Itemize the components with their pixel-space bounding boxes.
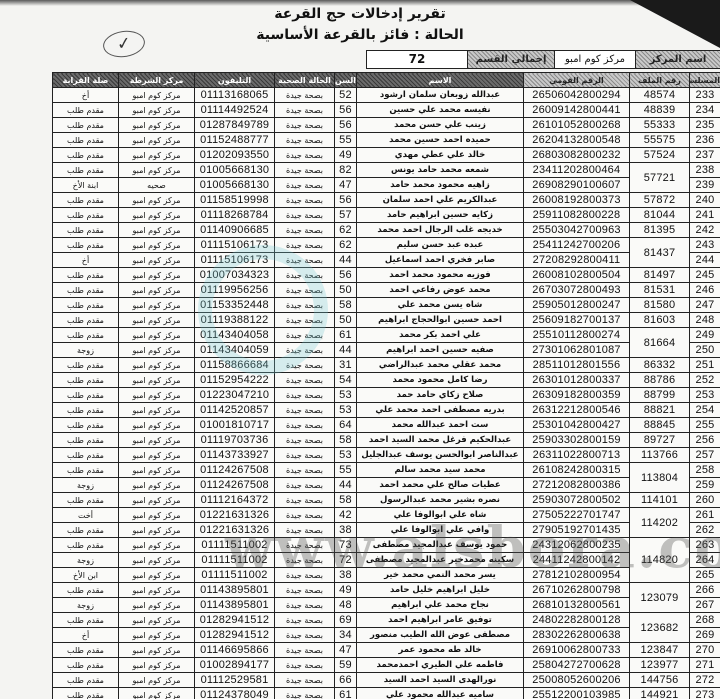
cell-police-center: مركز كوم امبو xyxy=(119,103,195,118)
cell-file-number: 48574 xyxy=(630,88,690,103)
cell-police-center: مركز كوم امبو xyxy=(119,673,195,688)
cell-file-number: 114820 xyxy=(630,538,690,583)
cell-relation: مقدم طلب xyxy=(53,328,119,343)
cell-police-center: مركز كوم امبو xyxy=(119,193,195,208)
cell-age: 56 xyxy=(335,193,357,208)
table-row: 2405787226008192800373عبدالكريم علي احمد… xyxy=(53,193,720,208)
cell-seq: 244 xyxy=(690,253,720,268)
cell-name: عطيات صالح علي محمد احمد xyxy=(357,478,524,493)
cell-phone: 01142520857 xyxy=(195,403,275,418)
cell-relation: مقدم طلب xyxy=(53,193,119,208)
cell-relation: أخ xyxy=(53,628,119,643)
cell-name: علي احمد بكر محمد xyxy=(357,328,524,343)
table-row: 2438143725411242700206عبده عبد حسن سليم6… xyxy=(53,238,720,253)
report-title: تقرير إدخالات حج القرعة xyxy=(200,6,520,22)
cell-relation: مقدم طلب xyxy=(53,148,119,163)
cell-national-id: 26108242800315 xyxy=(524,463,630,478)
cell-relation: زوجة xyxy=(53,343,119,358)
cell-police-center: صحيه xyxy=(119,178,195,193)
center-value: مركز كوم امبو xyxy=(555,51,636,68)
cell-health: بصحة جيدة xyxy=(275,163,335,178)
cell-seq: 254 xyxy=(690,403,720,418)
info-bar: 72 إجمالي القسم مركز كوم امبو اسم المركز xyxy=(366,50,720,69)
cell-age: 44 xyxy=(335,478,357,493)
cell-health: بصحة جيدة xyxy=(275,628,335,643)
cell-phone: 01005668130 xyxy=(195,163,275,178)
table-row: 26928302262800638مصطفى عوض الله الطيب من… xyxy=(53,628,720,643)
table-body: 2334857426506042800294عبدالله زوبعان سلم… xyxy=(53,88,720,699)
cell-file-number: 81437 xyxy=(630,238,690,268)
cell-file-number: 88821 xyxy=(630,403,690,418)
cell-relation: مقدم طلب xyxy=(53,538,119,553)
cell-seq: 251 xyxy=(690,358,720,373)
total-label: إجمالي القسم xyxy=(468,51,555,68)
table-row: 2478158025905012800247شاه يسن محمد علي58… xyxy=(53,298,720,313)
cell-age: 55 xyxy=(335,463,357,478)
cell-file-number: 144921 xyxy=(630,688,690,699)
cell-police-center: مركز كوم امبو xyxy=(119,358,195,373)
table-row: 26111420227505222701747شاه علي ابوالوفا … xyxy=(53,508,720,523)
cell-name: عبدالكريم علي احمد سلمان xyxy=(357,193,524,208)
table-row: 26612307926710262800798خليل ابراهيم خليل… xyxy=(53,583,720,598)
cell-health: بصحة جيدة xyxy=(275,88,335,103)
cell-age: 69 xyxy=(335,613,357,628)
cell-file-number: 57721 xyxy=(630,163,690,193)
cell-age: 58 xyxy=(335,493,357,508)
cell-file-number: 81531 xyxy=(630,283,690,298)
cell-seq: 266 xyxy=(690,583,720,598)
cell-phone: 01112529581 xyxy=(195,673,275,688)
cell-police-center: مركز كوم امبو xyxy=(119,313,195,328)
cell-relation: مقدم طلب xyxy=(53,163,119,178)
cell-file-number: 81580 xyxy=(630,298,690,313)
cell-police-center: مركز كوم امبو xyxy=(119,508,195,523)
cell-file-number: 86332 xyxy=(630,358,690,373)
cell-relation: ابنة الأخ xyxy=(53,178,119,193)
cell-police-center: مركز كوم امبو xyxy=(119,688,195,699)
cell-health: بصحة جيدة xyxy=(275,103,335,118)
cell-national-id: 26803082800232 xyxy=(524,148,630,163)
table-row: 2568972725903302800159عبدالحكيم فرغل محم… xyxy=(53,433,720,448)
cell-age: 73 xyxy=(335,538,357,553)
cell-name: حميده احمد حسين محمد xyxy=(357,133,524,148)
cell-health: بصحة جيدة xyxy=(275,283,335,298)
cell-police-center: مركز كوم امبو xyxy=(119,613,195,628)
cell-police-center: مركز كوم امبو xyxy=(119,493,195,508)
cell-file-number: 55333 xyxy=(630,118,690,133)
cell-age: 53 xyxy=(335,388,357,403)
cell-age: 31 xyxy=(335,358,357,373)
col-header-file: رقم الملف xyxy=(630,73,690,88)
cell-phone: 01111511002 xyxy=(195,553,275,568)
cell-police-center: مركز كوم امبو xyxy=(119,523,195,538)
cell-seq: 252 xyxy=(690,373,720,388)
cell-relation: مقدم طلب xyxy=(53,298,119,313)
cell-health: بصحة جيدة xyxy=(275,208,335,223)
cell-phone: 01119956256 xyxy=(195,283,275,298)
cell-relation: مقدم طلب xyxy=(53,613,119,628)
col-header-seq: المسلسل xyxy=(690,73,720,88)
cell-health: بصحة جيدة xyxy=(275,478,335,493)
cell-health: بصحة جيدة xyxy=(275,613,335,628)
table-row: 2488160325609182700137احمد حسين ابوالحجا… xyxy=(53,313,720,328)
cell-national-id: 27905192701435 xyxy=(524,523,630,538)
cell-name: فوزيه محمود محمد احمد xyxy=(357,268,524,283)
table-row: 23926908290100607زاهيه محمود محمد حامد47… xyxy=(53,178,720,193)
cell-national-id: 25301042800427 xyxy=(524,418,630,433)
cell-age: 44 xyxy=(335,343,357,358)
cell-phone: 01118268784 xyxy=(195,208,275,223)
cell-police-center: مركز كوم امبو xyxy=(119,133,195,148)
cell-relation: مقدم طلب xyxy=(53,283,119,298)
cell-health: بصحة جيدة xyxy=(275,238,335,253)
table-row: 2528878626301012800337رضا كامل محمود محم… xyxy=(53,373,720,388)
table-row: 2428139525503042700963خديجه غلب الرجال ا… xyxy=(53,223,720,238)
cell-age: 59 xyxy=(335,658,357,673)
cell-phone: 01112164372 xyxy=(195,493,275,508)
cell-relation: مقدم طلب xyxy=(53,583,119,598)
table-row: 2538879926309182800359صلاح زكاي حامد حمد… xyxy=(53,388,720,403)
cell-health: بصحة جيدة xyxy=(275,418,335,433)
cell-police-center: مركز كوم امبو xyxy=(119,658,195,673)
cell-seq: 256 xyxy=(690,433,720,448)
cell-health: بصحة جيدة xyxy=(275,358,335,373)
cell-file-number: 81395 xyxy=(630,223,690,238)
table-row: 26812368224802282800128توفيق عامر ابراهي… xyxy=(53,613,720,628)
cell-national-id: 25903302800159 xyxy=(524,433,630,448)
cell-health: بصحة جيدة xyxy=(275,343,335,358)
col-header-age: السن xyxy=(335,73,357,88)
cell-national-id: 27505222701747 xyxy=(524,508,630,523)
cell-police-center: مركز كوم امبو xyxy=(119,238,195,253)
cell-name: توفيق عامر ابراهيم احمد xyxy=(357,613,524,628)
total-value: 72 xyxy=(367,51,468,68)
cell-name: نصره بشير محمد عبدالرسول xyxy=(357,493,524,508)
table-row: 2558884525301042800427ست احمد عبدالله مح… xyxy=(53,418,720,433)
cell-name: نفيسه محمد علي حسين xyxy=(357,103,524,118)
cell-age: 56 xyxy=(335,268,357,283)
cell-file-number: 48839 xyxy=(630,103,690,118)
cell-phone: 01001810717 xyxy=(195,418,275,433)
cell-seq: 234 xyxy=(690,103,720,118)
cell-relation: مقدم طلب xyxy=(53,523,119,538)
cell-police-center: مركز كوم امبو xyxy=(119,328,195,343)
table-row: 2458149726008102800504فوزيه محمود محمد ا… xyxy=(53,268,720,283)
cell-seq: 260 xyxy=(690,493,720,508)
col-header-health: الحالة الصحية xyxy=(275,73,335,88)
cell-file-number: 113804 xyxy=(630,463,690,493)
cell-name: شمعه محمد حامد يونس xyxy=(357,163,524,178)
cell-phone: 01007034323 xyxy=(195,268,275,283)
cell-name: محمد عوض رفاعي احمد xyxy=(357,283,524,298)
cell-seq: 267 xyxy=(690,598,720,613)
cell-age: 53 xyxy=(335,448,357,463)
cell-file-number: 81664 xyxy=(630,328,690,358)
col-header-phone: التليفون xyxy=(195,73,275,88)
cell-police-center: مركز كوم امبو xyxy=(119,163,195,178)
cell-seq: 242 xyxy=(690,223,720,238)
cell-police-center: مركز كوم امبو xyxy=(119,208,195,223)
cell-relation: مقدم طلب xyxy=(53,433,119,448)
cell-police-center: مركز كوم امبو xyxy=(119,448,195,463)
table-row: 27012384726910062800733خالد طه محمود عمر… xyxy=(53,643,720,658)
cell-police-center: مركز كوم امبو xyxy=(119,553,195,568)
cell-relation: أخ xyxy=(53,253,119,268)
col-header-name: الاسم xyxy=(357,73,524,88)
cell-police-center: مركز كوم امبو xyxy=(119,388,195,403)
cell-name: خديجه غلب الرجال احمد محمد xyxy=(357,223,524,238)
cell-national-id: 26506042800294 xyxy=(524,88,630,103)
cell-name: خالد طه محمود عمر xyxy=(357,643,524,658)
cell-police-center: مركز كوم امبو xyxy=(119,418,195,433)
cell-name: زينب علي حسن محمد xyxy=(357,118,524,133)
table-row: 24427208292800411صابر فخري احمد اسماعيل4… xyxy=(53,253,720,268)
cell-police-center: مركز كوم امبو xyxy=(119,88,195,103)
cell-name: صلاح زكاي حامد حمد xyxy=(357,388,524,403)
checkmark-circle-icon: ✓ xyxy=(101,28,146,60)
cell-relation: مقدم طلب xyxy=(53,673,119,688)
cell-relation: مقدم طلب xyxy=(53,238,119,253)
cell-health: بصحة جيدة xyxy=(275,403,335,418)
cell-police-center: مركز كوم امبو xyxy=(119,298,195,313)
cell-age: 52 xyxy=(335,88,357,103)
cell-national-id: 26301012800337 xyxy=(524,373,630,388)
cell-seq: 268 xyxy=(690,613,720,628)
cell-phone: 01115106173 xyxy=(195,238,275,253)
cell-health: بصحة جيدة xyxy=(275,673,335,688)
cell-age: 50 xyxy=(335,283,357,298)
cell-relation: مقدم طلب xyxy=(53,103,119,118)
cell-name: نجاح محمد علي ابراهيم xyxy=(357,598,524,613)
cell-name: خالد علي عطي مهدي xyxy=(357,148,524,163)
cell-name: عبدالحكيم فرغل محمد السيد احمد xyxy=(357,433,524,448)
table-row: 2518633228511012801556محمد عقلي محمد عبد… xyxy=(53,358,720,373)
cell-national-id: 26101052800268 xyxy=(524,118,630,133)
cell-national-id: 25503042700963 xyxy=(524,223,630,238)
cell-seq: 235 xyxy=(690,118,720,133)
cell-seq: 264 xyxy=(690,553,720,568)
cell-name: صابر فخري احمد اسماعيل xyxy=(357,253,524,268)
cell-name: وافي علي ابوالوفا علي xyxy=(357,523,524,538)
cell-national-id: 26008102800504 xyxy=(524,268,630,283)
cell-seq: 240 xyxy=(690,193,720,208)
cell-age: 61 xyxy=(335,688,357,699)
cell-relation: مقدم طلب xyxy=(53,118,119,133)
cell-relation: مقدم طلب xyxy=(53,418,119,433)
cell-national-id: 26710262800798 xyxy=(524,583,630,598)
cell-health: بصحة جيدة xyxy=(275,553,335,568)
cell-phone: 01221631326 xyxy=(195,523,275,538)
cell-name: فاطمه علي الطيري احمدمحمد xyxy=(357,658,524,673)
cell-age: 48 xyxy=(335,598,357,613)
cell-health: بصحة جيدة xyxy=(275,118,335,133)
page-fold-corner xyxy=(630,0,720,48)
cell-name: ساميه عبدالله محمود علي xyxy=(357,688,524,699)
cell-relation: مقدم طلب xyxy=(53,388,119,403)
cell-national-id: 27301062801087 xyxy=(524,343,630,358)
cell-phone: 01158519998 xyxy=(195,193,275,208)
cell-phone: 01005668130 xyxy=(195,178,275,193)
cell-seq: 261 xyxy=(690,508,720,523)
col-header-national-id: الرقم القومي xyxy=(524,73,630,88)
cell-phone: 01282941512 xyxy=(195,628,275,643)
cell-age: 56 xyxy=(335,103,357,118)
cell-seq: 271 xyxy=(690,658,720,673)
cell-name: عبدالله زوبعان سلمان ارشود xyxy=(357,88,524,103)
cell-relation: مقدم طلب xyxy=(53,208,119,223)
cell-name: عبده عبد حسن سليم xyxy=(357,238,524,253)
cell-police-center: مركز كوم امبو xyxy=(119,283,195,298)
center-label: اسم المركز xyxy=(636,51,720,68)
cell-health: بصحة جيدة xyxy=(275,463,335,478)
cell-seq: 238 xyxy=(690,163,720,178)
cell-police-center: مركز كوم امبو xyxy=(119,148,195,163)
cell-relation: أخ xyxy=(53,88,119,103)
cell-age: 47 xyxy=(335,178,357,193)
cell-name: سكينه محمدخير عبدالمجيد مصطفى xyxy=(357,553,524,568)
cell-national-id: 26908290100607 xyxy=(524,178,630,193)
table-row: 2498166425510112800274علي احمد بكر محمد6… xyxy=(53,328,720,343)
cell-file-number: 88845 xyxy=(630,418,690,433)
cell-age: 66 xyxy=(335,673,357,688)
cell-phone: 01143733927 xyxy=(195,448,275,463)
cell-relation: أخت xyxy=(53,508,119,523)
cell-seq: 272 xyxy=(690,673,720,688)
cell-seq: 236 xyxy=(690,133,720,148)
cell-relation: ابن الأخ xyxy=(53,568,119,583)
cell-national-id: 25911082800228 xyxy=(524,208,630,223)
cell-name: محمد سيد محمد سالم xyxy=(357,463,524,478)
cell-seq: 237 xyxy=(690,148,720,163)
cell-national-id: 24802282800128 xyxy=(524,613,630,628)
cell-national-id: 24411242800142 xyxy=(524,553,630,568)
cell-national-id: 25510112800274 xyxy=(524,328,630,343)
cell-relation: مقدم طلب xyxy=(53,268,119,283)
table-row: 26527812102800954يسر محمد النمي محمد خير… xyxy=(53,568,720,583)
cell-police-center: مركز كوم امبو xyxy=(119,268,195,283)
cell-health: بصحة جيدة xyxy=(275,493,335,508)
cell-seq: 233 xyxy=(690,88,720,103)
table-row: 25027301062801087صفيه حسين احمد ابراهيم4… xyxy=(53,343,720,358)
cell-age: 34 xyxy=(335,628,357,643)
cell-age: 54 xyxy=(335,373,357,388)
cell-file-number: 55575 xyxy=(630,133,690,148)
cell-seq: 239 xyxy=(690,178,720,193)
table-row: 27314492125512200103985ساميه عبدالله محم… xyxy=(53,688,720,699)
cell-name: يسر محمد النمي محمد خير xyxy=(357,568,524,583)
cell-national-id: 26008192800373 xyxy=(524,193,630,208)
cell-health: بصحة جيدة xyxy=(275,388,335,403)
cell-police-center: مركز كوم امبو xyxy=(119,643,195,658)
cell-police-center: مركز كوم امبو xyxy=(119,343,195,358)
cell-age: 42 xyxy=(335,508,357,523)
cell-police-center: مركز كوم امبو xyxy=(119,433,195,448)
cell-police-center: مركز كوم امبو xyxy=(119,463,195,478)
cell-name: مصطفى عوض الله الطيب منصور xyxy=(357,628,524,643)
cell-file-number: 89727 xyxy=(630,433,690,448)
cell-name: رضا كامل محمود محمد xyxy=(357,373,524,388)
cell-relation: مقدم طلب xyxy=(53,313,119,328)
cell-file-number: 123682 xyxy=(630,613,690,643)
cell-name: زاهيه محمود محمد حامد xyxy=(357,178,524,193)
cell-relation: مقدم طلب xyxy=(53,358,119,373)
cell-file-number: 114202 xyxy=(630,508,690,538)
cell-phone: 01153352448 xyxy=(195,298,275,313)
table-row: 2334857426506042800294عبدالله زوبعان سلم… xyxy=(53,88,720,103)
cell-age: 57 xyxy=(335,208,357,223)
cell-seq: 257 xyxy=(690,448,720,463)
cell-seq: 247 xyxy=(690,298,720,313)
cell-name: عبدالناصر ابوالحسن يوسف عبدالجليل xyxy=(357,448,524,463)
cell-health: بصحة جيدة xyxy=(275,373,335,388)
table-row: 25927212082800386عطيات صالح علي محمد احم… xyxy=(53,478,720,493)
cell-health: بصحة جيدة xyxy=(275,598,335,613)
cell-national-id: 28511012801556 xyxy=(524,358,630,373)
cell-file-number: 88799 xyxy=(630,388,690,403)
table-row: 2344883926009142800441نفيسه محمد علي حسي… xyxy=(53,103,720,118)
cell-phone: 01115106173 xyxy=(195,253,275,268)
table-row: 26424411242800142سكينه محمدخير عبدالمجيد… xyxy=(53,553,720,568)
cell-age: 61 xyxy=(335,328,357,343)
cell-name: شاه يسن محمد علي xyxy=(357,298,524,313)
cell-seq: 262 xyxy=(690,523,720,538)
cell-health: بصحة جيدة xyxy=(275,538,335,553)
cell-national-id: 26810132800561 xyxy=(524,598,630,613)
cell-police-center: مركز كوم امبو xyxy=(119,223,195,238)
cell-phone: 01152488777 xyxy=(195,133,275,148)
cell-relation: مقدم طلب xyxy=(53,223,119,238)
cell-seq: 250 xyxy=(690,343,720,358)
cell-phone: 01113168065 xyxy=(195,88,275,103)
cell-name: بدريه مصطفى احمد محمد علي xyxy=(357,403,524,418)
cell-health: بصحة جيدة xyxy=(275,508,335,523)
cell-relation: مقدم طلب xyxy=(53,403,119,418)
cell-age: 53 xyxy=(335,403,357,418)
cell-age: 44 xyxy=(335,253,357,268)
cell-national-id: 26312212800546 xyxy=(524,403,630,418)
cell-health: بصحة جيدة xyxy=(275,448,335,463)
cell-age: 72 xyxy=(335,553,357,568)
cell-relation: مقدم طلب xyxy=(53,133,119,148)
table-row: 2548882126312212800546بدريه مصطفى احمد م… xyxy=(53,403,720,418)
table-row: 2385772123411202800464شمعه محمد حامد يون… xyxy=(53,163,720,178)
cell-seq: 273 xyxy=(690,688,720,699)
cell-name: شاه علي ابوالوفا علي xyxy=(357,508,524,523)
cell-national-id: 25905012800247 xyxy=(524,298,630,313)
cell-seq: 270 xyxy=(690,643,720,658)
cell-health: بصحة جيدة xyxy=(275,688,335,699)
cell-name: صفيه حسين احمد ابراهيم xyxy=(357,343,524,358)
cell-phone: 01119703736 xyxy=(195,433,275,448)
cell-age: 49 xyxy=(335,148,357,163)
cell-national-id: 26311022800713 xyxy=(524,448,630,463)
entries-table: المسلسل رقم الملف الرقم القومي الاسم الس… xyxy=(52,72,720,699)
cell-phone: 01002894177 xyxy=(195,658,275,673)
cell-police-center: مركز كوم امبو xyxy=(119,373,195,388)
cell-relation: مقدم طلب xyxy=(53,643,119,658)
cell-phone: 01152954222 xyxy=(195,373,275,388)
cell-seq: 255 xyxy=(690,418,720,433)
cell-national-id: 25008052600206 xyxy=(524,673,630,688)
cell-file-number: 81497 xyxy=(630,268,690,283)
cell-age: 62 xyxy=(335,223,357,238)
cell-national-id: 27212082800386 xyxy=(524,478,630,493)
cell-file-number: 57524 xyxy=(630,148,690,163)
cell-police-center: مركز كوم امبو xyxy=(119,403,195,418)
cell-national-id: 25512200103985 xyxy=(524,688,630,699)
cell-health: بصحة جيدة xyxy=(275,328,335,343)
cell-health: بصحة جيدة xyxy=(275,433,335,448)
